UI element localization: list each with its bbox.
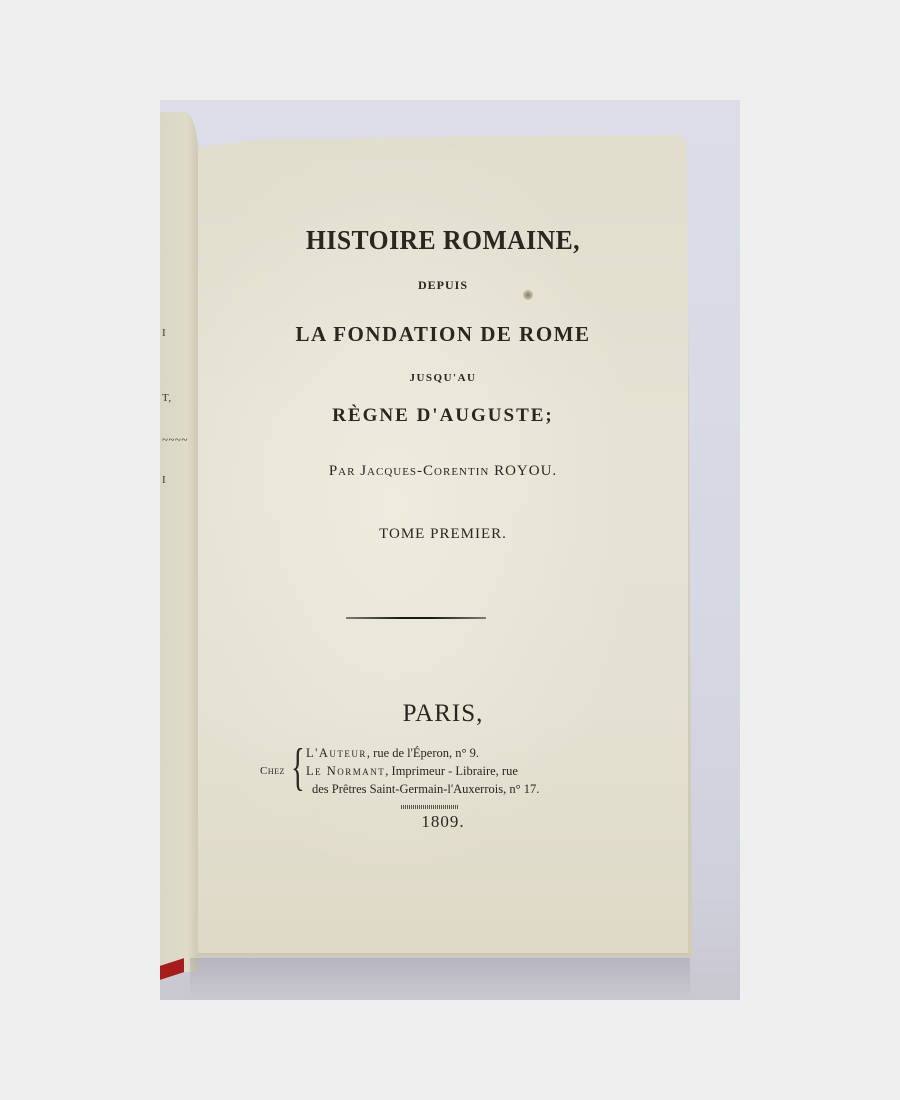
- imprint-line-1: L'Auteur, rue de l'Éperon, n° 9.: [306, 746, 479, 761]
- ornamental-wavy-rule: [401, 805, 459, 809]
- book-subtitle: LA FONDATION DE ROME: [198, 322, 688, 347]
- imprint-chez: Chez: [260, 765, 285, 777]
- horizontal-rule: [346, 617, 486, 619]
- imprint-publisher-1: L'Auteur: [306, 746, 367, 760]
- left-page-fragment: I: [162, 327, 166, 339]
- book-subtitle-end: RÈGNE D'AUGUSTE;: [198, 405, 688, 427]
- left-page-fragment: T,: [162, 392, 172, 404]
- book-photograph: I T, ~~~~ I HISTOIRE ROMAINE, DEPUIS LA …: [160, 100, 740, 1000]
- imprint-block: Chez { L'Auteur, rue de l'Éperon, n° 9. …: [260, 745, 590, 801]
- place-of-publication: PARIS,: [198, 700, 688, 728]
- imprint-line-2: Le Normant, Imprimeur - Libraire, rue: [306, 764, 518, 779]
- publication-year: 1809.: [198, 812, 688, 832]
- left-page-fragment: I: [162, 474, 166, 486]
- imprint-address-1: , rue de l'Éperon, n° 9.: [367, 746, 479, 760]
- title-connector-depuis: DEPUIS: [198, 278, 688, 293]
- author-line: Par Jacques-Corentin ROYOU.: [198, 463, 688, 480]
- imprint-line-3: des Prêtres Saint-Germain-l'Auxerrois, n…: [312, 782, 539, 797]
- left-page-fragment: ~~~~: [162, 434, 188, 446]
- page-edge-shadow: [190, 958, 690, 998]
- imprint-address-2: , Imprimeur - Libraire, rue: [385, 764, 518, 778]
- book-title: HISTOIRE ROMAINE,: [210, 225, 676, 256]
- left-page-edge: I T, ~~~~ I: [160, 112, 198, 972]
- title-page: HISTOIRE ROMAINE, DEPUIS LA FONDATION DE…: [198, 135, 692, 956]
- volume-label: TOME PREMIER.: [198, 526, 688, 543]
- title-connector-jusquau: JUSQU'AU: [198, 372, 688, 384]
- imprint-publisher-2: Le Normant: [306, 764, 385, 778]
- brace-icon: {: [291, 742, 305, 794]
